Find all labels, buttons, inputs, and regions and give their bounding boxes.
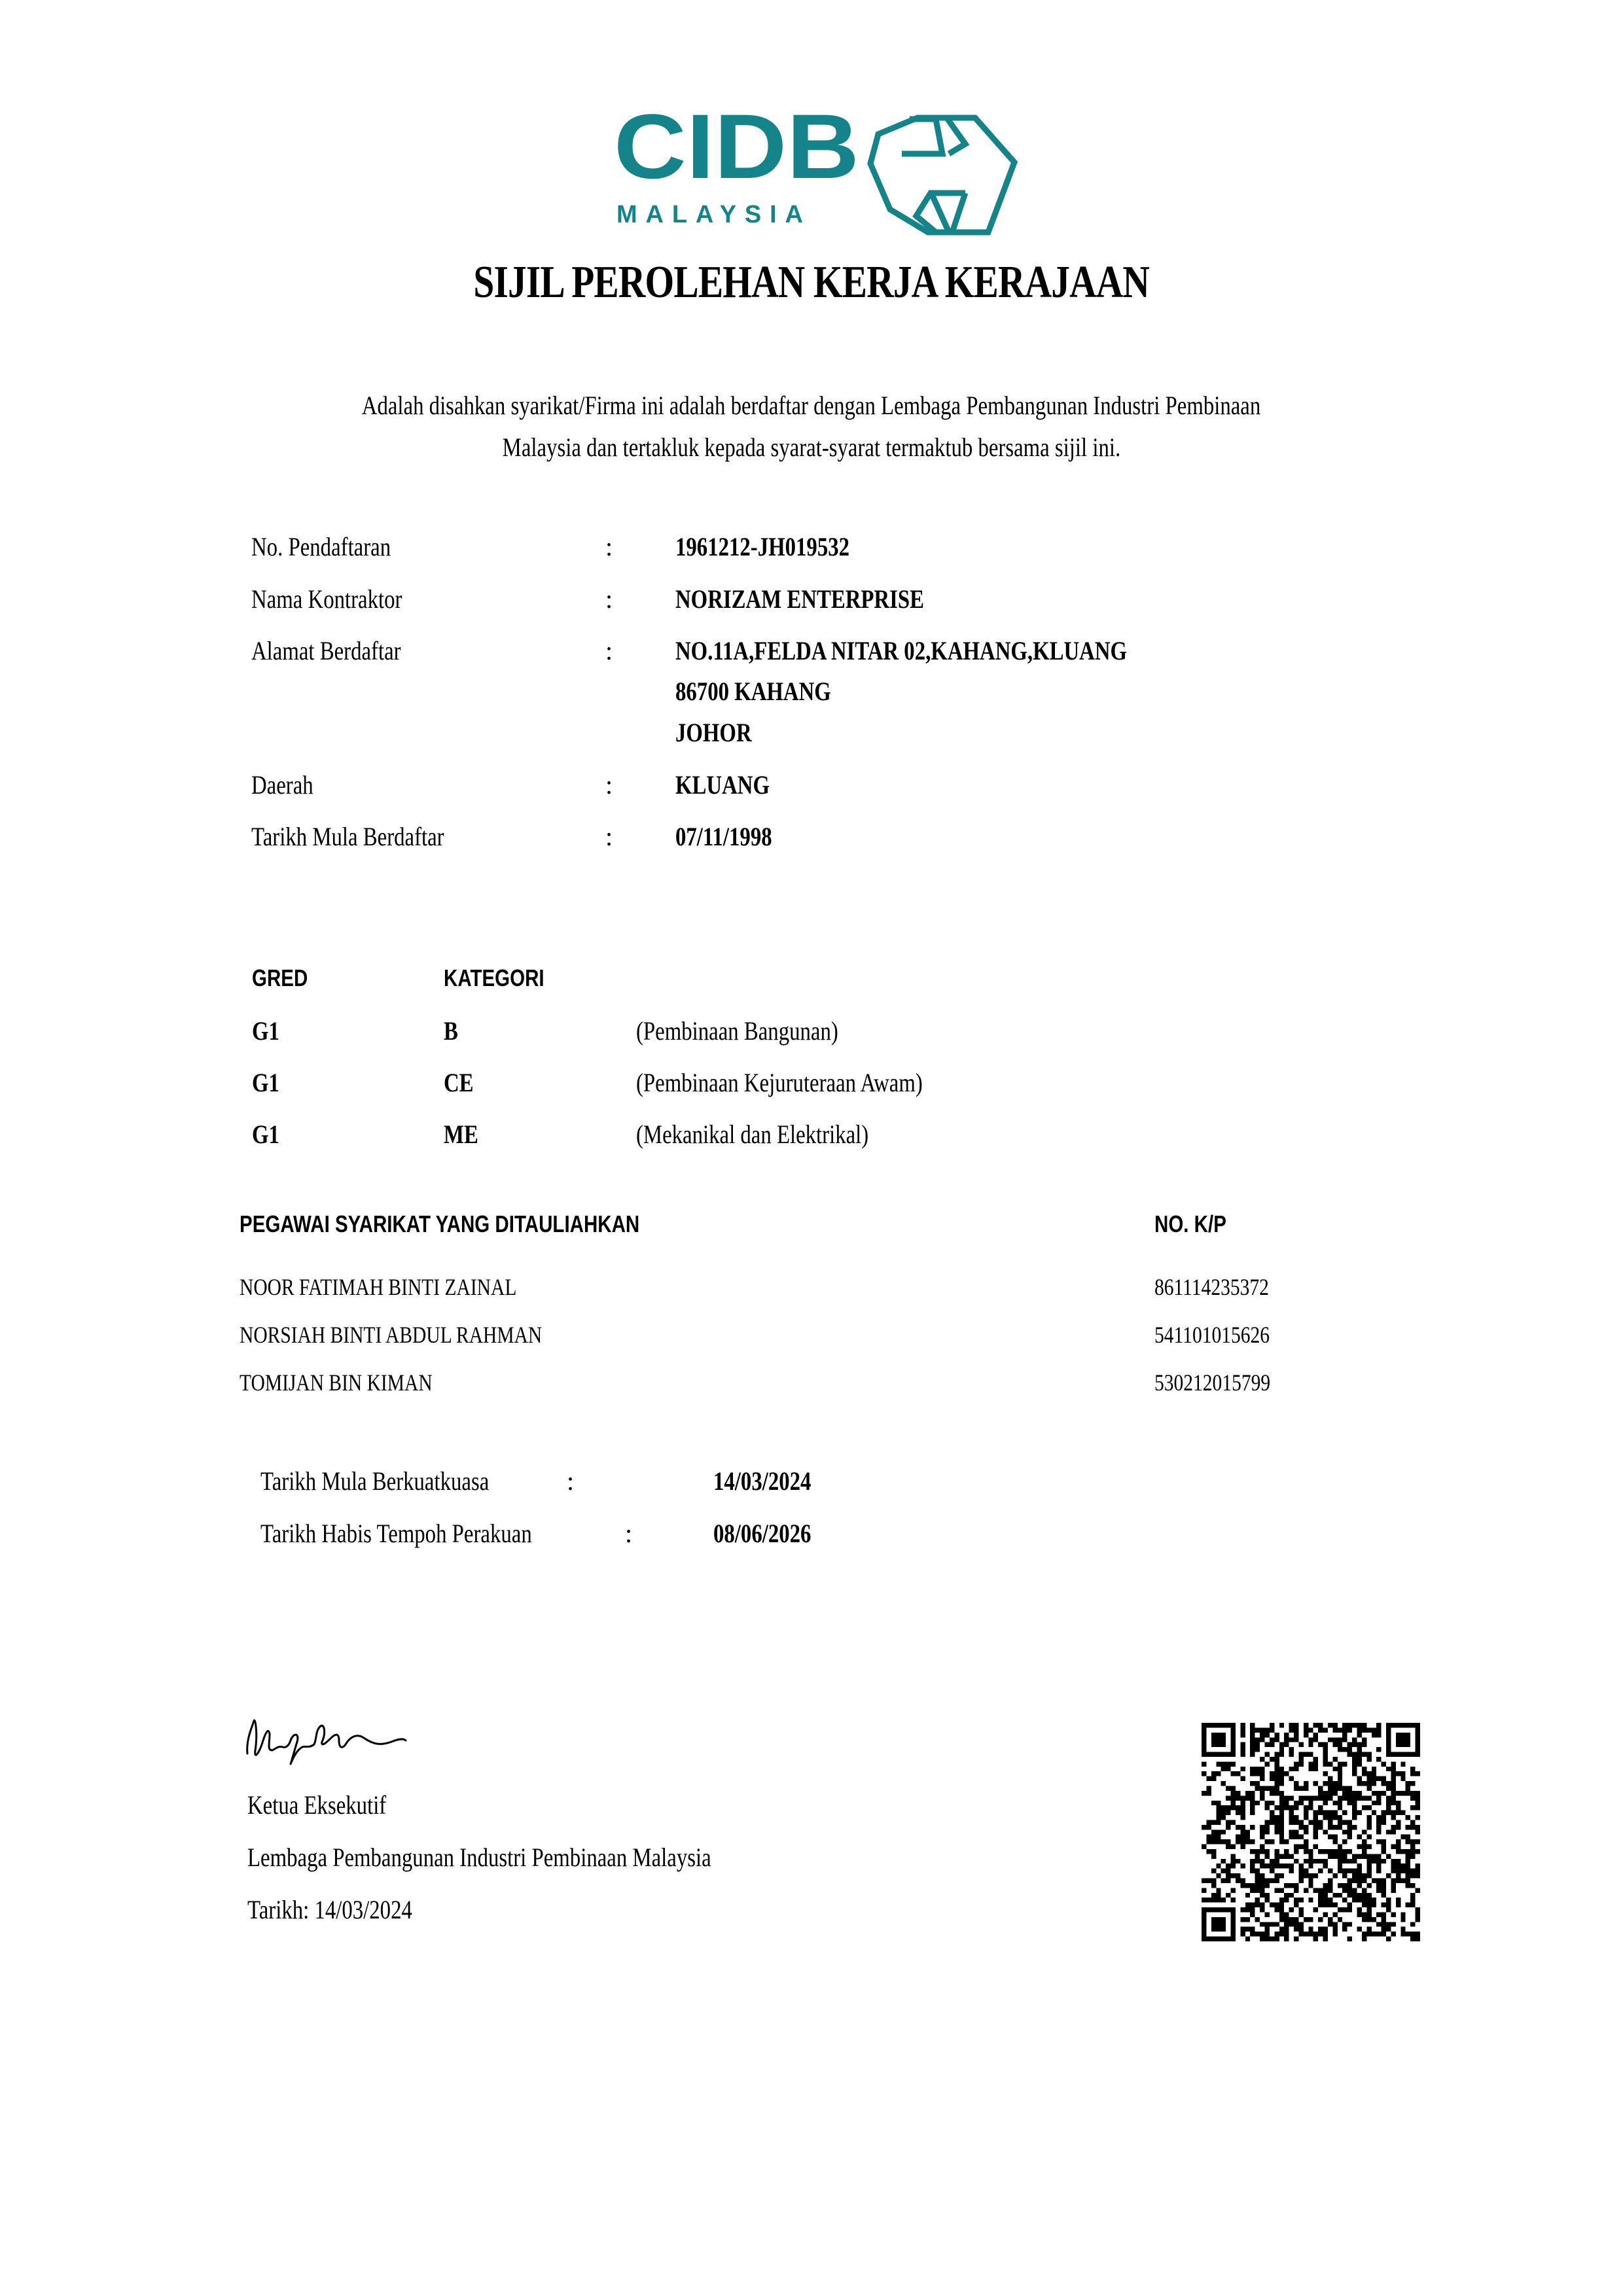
category-description: (Mekanikal dan Elektrikal) — [636, 1119, 919, 1150]
category-cell: B — [444, 1016, 461, 1046]
detail-colon: : — [605, 635, 613, 666]
intro-text-line-1: Adalah disahkan syarikat/Firma ini adala… — [0, 390, 1623, 421]
detail-colon: : — [605, 584, 613, 614]
effective-date-value: 14/03/2024 — [713, 1466, 832, 1496]
registration-number: 1961212-JH019532 — [675, 531, 887, 562]
category-cell: CE — [444, 1067, 480, 1098]
grade-cell: G1 — [252, 1067, 285, 1098]
officer-name: TOMIJAN BIN KIMAN — [240, 1369, 474, 1396]
grade-cell: G1 — [252, 1016, 285, 1046]
registration-date: 07/11/1998 — [675, 821, 793, 852]
grade-cell: G1 — [252, 1119, 285, 1150]
detail-label: Nama Kontraktor — [251, 584, 435, 614]
district: KLUANG — [675, 769, 791, 800]
certificate-title: SIJIL PEROLEHAN KERJA KERAJAAN — [0, 256, 1623, 309]
category-description: (Pembinaan Kejuruteraan Awam) — [636, 1067, 986, 1098]
detail-colon: : — [605, 769, 613, 800]
officer-name: NORSIAH BINTI ABDUL RAHMAN — [240, 1321, 609, 1349]
detail-label: Daerah — [251, 769, 327, 800]
effective-date-label: Tarikh Mula Berkuatkuasa — [260, 1466, 539, 1496]
expiry-date-label: Tarikh Habis Tempoh Perakuan — [260, 1518, 592, 1549]
logo-hexagon-icon — [870, 118, 1014, 232]
logo-wordmark: CIDB — [614, 105, 859, 198]
expiry-date-colon: : — [625, 1518, 632, 1549]
officer-name: NOOR FATIMAH BINTI ZAINAL — [240, 1273, 577, 1301]
address-line-3: JOHOR — [675, 717, 768, 748]
officer-id: 861114235372 — [1154, 1273, 1294, 1301]
signatory-position: Ketua Eksekutif — [247, 1790, 417, 1820]
effective-date-colon: : — [567, 1466, 574, 1496]
signatory-organization: Lembaga Pembangunan Industri Pembinaan M… — [247, 1842, 813, 1873]
intro-text-line-2: Malaysia dan tertakluk kepada syarat-sya… — [0, 432, 1623, 463]
contractor-name: NORIZAM ENTERPRISE — [675, 584, 978, 614]
expiry-date-value: 08/06/2026 — [713, 1518, 832, 1549]
signature-date: Tarikh: 14/03/2024 — [247, 1894, 448, 1925]
grade-header: GRED — [252, 964, 320, 992]
qr-code — [1202, 1723, 1420, 1941]
officer-id: 530212015799 — [1154, 1369, 1296, 1396]
category-cell: ME — [444, 1119, 486, 1150]
officer-id: 541101015626 — [1154, 1321, 1295, 1349]
id-number-header: NO. K/P — [1154, 1210, 1242, 1238]
detail-label: Tarikh Mula Berdaftar — [251, 821, 486, 852]
detail-label: No. Pendaftaran — [251, 531, 421, 562]
detail-colon: : — [605, 531, 613, 562]
officers-header: PEGAWAI SYARIKAT YANG DITAULIAHKAN — [240, 1210, 727, 1238]
address-line-2: 86700 KAHANG — [675, 676, 865, 707]
category-description: (Pembinaan Bangunan) — [636, 1016, 883, 1046]
signature-image — [243, 1714, 518, 1786]
detail-colon: : — [605, 821, 613, 852]
logo-subtitle: MALAYSIA — [616, 201, 803, 228]
category-header: KATEGORI — [444, 964, 566, 992]
detail-label: Alamat Berdaftar — [251, 635, 434, 666]
cidb-logo: CIDB MALAYSIA — [609, 105, 1027, 236]
address-line-1: NO.11A,FELDA NITAR 02,KAHANG,KLUANG — [675, 635, 1226, 666]
